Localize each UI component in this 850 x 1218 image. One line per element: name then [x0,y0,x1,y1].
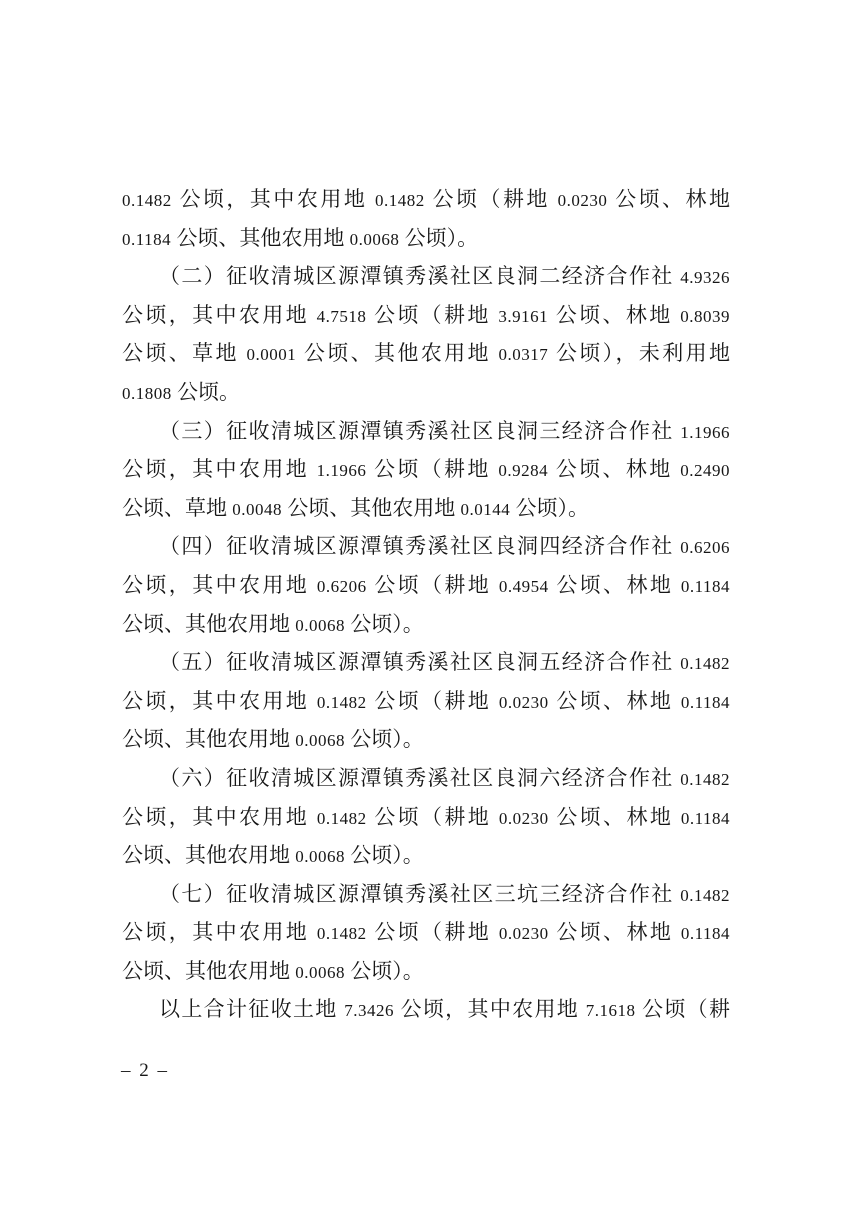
numeric-value: 0.8039 [680,307,730,326]
numeric-value: 0.0317 [499,345,549,364]
numeric-value: 0.0144 [461,500,511,519]
text-line: 以上合计征收土地 7.3426 公顷，其中农用地 7.1618 公顷（耕 [122,990,730,1029]
numeric-value: 0.1482 [317,693,367,712]
numeric-value: 0.0001 [247,345,297,364]
numeric-value: 0.1482 [317,924,367,943]
numeric-value: 0.0230 [558,191,608,210]
numeric-value: 3.9161 [498,307,548,326]
numeric-value: 0.1482 [680,654,730,673]
document-page: 0.1482 公顷，其中农用地 0.1482 公顷（耕地 0.0230 公顷、林… [0,0,850,1218]
text-line: （六）征收清城区源潭镇秀溪社区良洞六经济合作社 0.1482 [122,759,730,798]
text-line: 公顷，其中农用地 4.7518 公顷（耕地 3.9161 公顷、林地 0.803… [122,296,730,335]
numeric-value: 0.1184 [681,924,730,943]
text-line: 0.1482 公顷，其中农用地 0.1482 公顷（耕地 0.0230 公顷、林… [122,180,730,219]
text-line: 公顷、草地 0.0001 公顷、其他农用地 0.0317 公顷），未利用地 [122,334,730,373]
text-line: 公顷，其中农用地 1.1966 公顷（耕地 0.9284 公顷、林地 0.249… [122,450,730,489]
text-line: （七）征收清城区源潭镇秀溪社区三坑三经济合作社 0.1482 [122,875,730,914]
numeric-value: 0.1482 [680,886,730,905]
numeric-value: 0.1482 [375,191,425,210]
text-line: （四）征收清城区源潭镇秀溪社区良洞四经济合作社 0.6206 [122,527,730,566]
numeric-value: 1.1966 [680,423,730,442]
numeric-value: 0.1184 [122,230,171,249]
document-body: 0.1482 公顷，其中农用地 0.1482 公顷（耕地 0.0230 公顷、林… [122,180,730,1029]
text-line: 公顷，其中农用地 0.1482 公顷（耕地 0.0230 公顷、林地 0.118… [122,798,730,837]
numeric-value: 0.1482 [680,770,730,789]
text-line: 0.1184 公顷、其他农用地 0.0068 公顷）。 [122,219,730,258]
numeric-value: 7.1618 [586,1001,636,1020]
numeric-value: 0.1482 [122,191,172,210]
text-line: 0.1808 公顷。 [122,373,730,412]
numeric-value: 0.0230 [499,693,549,712]
numeric-value: 0.6206 [317,577,367,596]
text-line: （三）征收清城区源潭镇秀溪社区良洞三经济合作社 1.1966 [122,412,730,451]
numeric-value: 0.1184 [681,693,730,712]
numeric-value: 0.2490 [680,461,730,480]
numeric-value: 0.0068 [295,847,345,866]
numeric-value: 0.6206 [680,538,730,557]
text-line: 公顷、其他农用地 0.0068 公顷）。 [122,952,730,991]
page-number: – 2 – [121,1058,169,1084]
numeric-value: 0.0068 [350,230,400,249]
numeric-value: 0.0048 [232,500,282,519]
numeric-value: 1.1966 [317,461,367,480]
text-line: （二）征收清城区源潭镇秀溪社区良洞二经济合作社 4.9326 [122,257,730,296]
text-line: 公顷、其他农用地 0.0068 公顷）。 [122,836,730,875]
numeric-value: 0.1184 [681,577,730,596]
numeric-value: 7.3426 [344,1001,394,1020]
text-line: 公顷，其中农用地 0.1482 公顷（耕地 0.0230 公顷、林地 0.118… [122,913,730,952]
numeric-value: 0.0068 [295,963,345,982]
numeric-value: 0.0068 [295,616,345,635]
numeric-value: 0.0230 [499,924,549,943]
numeric-value: 0.1184 [681,809,730,828]
text-line: 公顷、草地 0.0048 公顷、其他农用地 0.0144 公顷）。 [122,489,730,528]
text-line: 公顷、其他农用地 0.0068 公顷）。 [122,720,730,759]
text-line: 公顷，其中农用地 0.6206 公顷（耕地 0.4954 公顷、林地 0.118… [122,566,730,605]
numeric-value: 0.1808 [122,384,172,403]
text-line: （五）征收清城区源潭镇秀溪社区良洞五经济合作社 0.1482 [122,643,730,682]
text-line: 公顷、其他农用地 0.0068 公顷）。 [122,605,730,644]
numeric-value: 0.9284 [498,461,548,480]
text-line: 公顷，其中农用地 0.1482 公顷（耕地 0.0230 公顷、林地 0.118… [122,682,730,721]
numeric-value: 0.1482 [317,809,367,828]
numeric-value: 0.0068 [295,731,345,750]
numeric-value: 0.4954 [499,577,549,596]
numeric-value: 0.0230 [499,809,549,828]
numeric-value: 4.9326 [680,268,730,287]
numeric-value: 4.7518 [317,307,367,326]
